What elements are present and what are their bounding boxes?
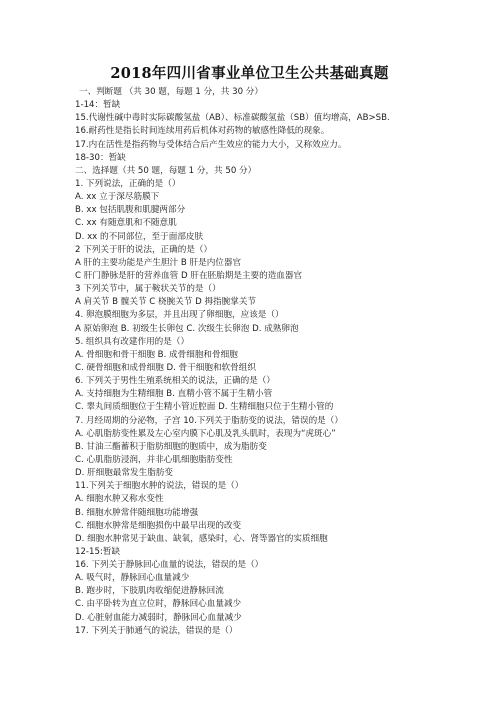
text-line: 6. 下列关于男性生殖系统相关的说法，正确的是（）	[75, 375, 495, 388]
text-line: C. 睾丸间质细胞位于生精小管近腔面 D. 生精细胞只位于生精小管的	[75, 401, 495, 414]
text-line: 2 下列关于肝的说法，正确的是（）	[75, 244, 495, 257]
text-line: C. 硬骨细胞和成骨细胞 D. 骨干细胞和软骨组织	[75, 362, 495, 375]
text-line: B. 甘油三酯蓄积于脂肪细胞的胞质中，成为脂肪变	[75, 441, 495, 454]
section-heading: 一、判断题 （共 30 题，每题 1 分，共 30 分）	[75, 86, 495, 99]
document-title: 2018年四川省事业单位卫生公共基础真题	[0, 62, 499, 83]
text-line: A. 骨细胞和骨干细胞 B. 成骨细胞和骨细胞	[75, 349, 495, 362]
text-line: 17. 下列关于肺通气的说法，错误的是（）	[75, 625, 495, 638]
text-line: D. xx 的不同部位，至于面部皮肤	[75, 231, 495, 244]
text-line: A 肝的主要功能是产生胆汁 B 肝是内位器官	[75, 257, 495, 270]
text-line: 1-14：暂缺	[75, 99, 495, 112]
text-line: A. 细胞水肿又称水变性	[75, 493, 495, 506]
text-line: 11.下列关于细胞水肿的说法，错误的是（）	[75, 480, 495, 493]
text-line: 二、选择题（共 50 题，每题 1 分，共 50 分）	[75, 165, 495, 178]
text-line: 15.代谢性碱中毒时实际碳酸氢盐（AB）、标准碳酸氢盐（SB）值均增高，AB>S…	[75, 112, 495, 125]
text-line: 12-15:暂缺	[75, 546, 495, 559]
text-line: C. 细胞水肿常是细胞损伤中最早出现的改变	[75, 520, 495, 533]
text-line: A. xx 立于深尽筋膜下	[75, 191, 495, 204]
text-line: B. 跑步时，下肢肌肉收缩促进静脉回流	[75, 585, 495, 598]
text-line: 18-30：暂缺	[75, 152, 495, 165]
text-line: 16. 下列关于静脉回心血量的说法，错误的是（）	[75, 559, 495, 572]
text-line: 17.内在活性是指药物与受体结合后产生效应的能力大小，又称效应力。	[75, 139, 495, 152]
text-line: C. xx 有随意肌和不随意肌	[75, 217, 495, 230]
text-line: A 肩关节 B 髋关节 C 桡腕关节 D 拇指腕掌关节	[75, 296, 495, 309]
text-line: A. 心肌脂肪变性累及左心室内膜下心肌及乳头肌时，表现为“虎斑心”	[75, 428, 495, 441]
text-line: D. 心脏射血能力减弱时，静脉回心血量减少	[75, 612, 495, 625]
text-line: 1. 下列说法，正确的是（）	[75, 178, 495, 191]
text-line: 7. 月经周期的分泌物，子宫 10.下列关于脂肪变的说法，错误的是（）	[75, 415, 495, 428]
text-line: C. 心肌脂肪浸润，并非心肌细胞脂肪变性	[75, 454, 495, 467]
text-line: B. xx 包括肌腹和肌腱两部分	[75, 204, 495, 217]
text-line: A. 吸气时，静脉回心血量减少	[75, 572, 495, 585]
text-line: 3 下列关节中，属于鞍状关节的是（）	[75, 283, 495, 296]
text-line: 16.耐药性是指长时间连续用药后机体对药物的敏感性降低的现象。	[75, 125, 495, 138]
text-line: 4. 卵泡膜细胞为多层，并且出现了卵细胞，应该是（）	[75, 309, 495, 322]
text-line: A. 支持细胞为生精细胞 B. 直精小管不属于生精小管	[75, 388, 495, 401]
text-line: B. 细胞水肿常伴随细胞功能增强	[75, 507, 495, 520]
text-line: A 原始卵泡 B. 初级生长卵包 C. 次级生长卵泡 D. 成熟卵泡	[75, 323, 495, 336]
text-line: D. 细胞水肿常见于缺血、缺氧，感染时，心、肾等器官的实质细胞	[75, 533, 495, 546]
document-body: 一、判断题 （共 30 题，每题 1 分，共 30 分）1-14：暂缺15.代谢…	[75, 86, 495, 638]
text-line: D. 肝细胞最常发生脂肪变	[75, 467, 495, 480]
text-line: C. 由平卧转为直立位时，静脉回心血量减少	[75, 598, 495, 611]
text-line: C 肝门静脉是肝的营养血管 D 肝在胚胎期是主要的造血器官	[75, 270, 495, 283]
text-line: 5. 组织具有改建作用的是（）	[75, 336, 495, 349]
